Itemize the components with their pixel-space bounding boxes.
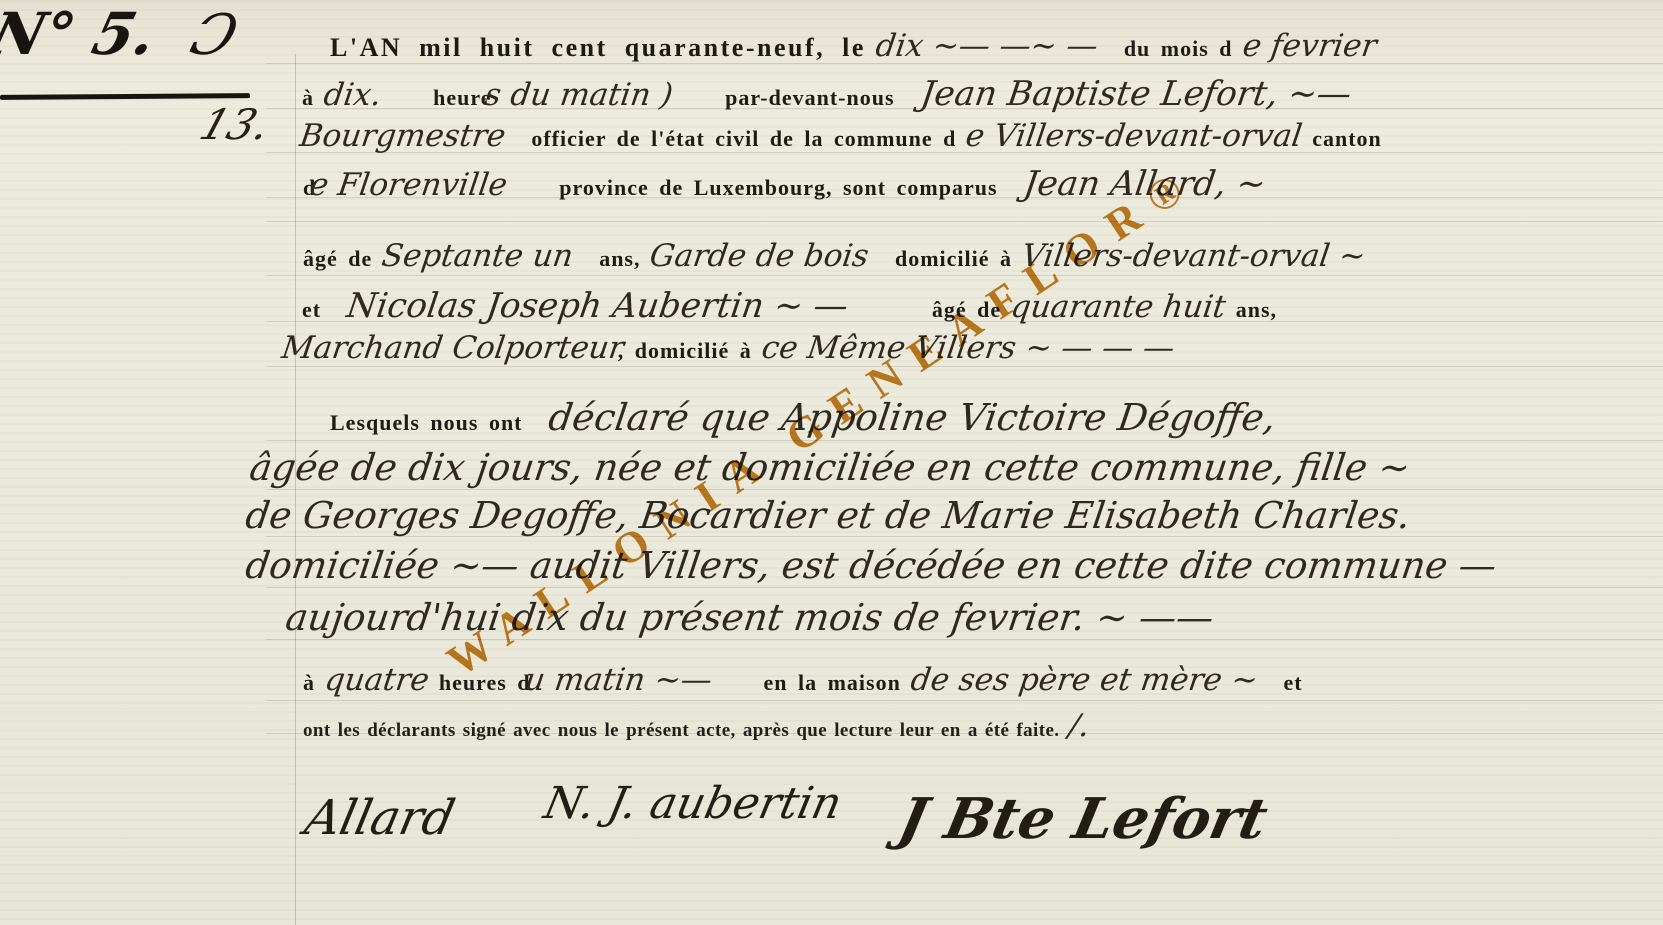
printed-text: du mois d xyxy=(1124,36,1233,62)
handwritten-officiant-title: Bourgmestre xyxy=(297,118,507,154)
signature-aubertin: N. J. aubertin xyxy=(540,778,847,829)
handwritten-age: Septante un xyxy=(380,238,576,274)
margin-separator-line xyxy=(0,93,250,100)
printed-text: par-devant-nous xyxy=(725,85,894,111)
handwritten-time-of-day: s du matin ) xyxy=(483,77,676,113)
printed-text: et xyxy=(1284,670,1303,696)
signature-lefort: J Bte Lefort xyxy=(893,786,1273,852)
handwritten-declarant2-name: Nicolas Joseph Aubertin ~ — xyxy=(344,286,850,326)
printed-text: canton xyxy=(1312,126,1382,152)
ruled-line xyxy=(266,587,1663,588)
line-death-place: domiciliée ~— audit Villers, est décédée… xyxy=(246,544,1496,587)
margin-annotation: 13. xyxy=(194,100,277,149)
handwritten-commune: e Villers-devant-orval xyxy=(964,118,1305,154)
ruled-line xyxy=(266,700,1663,701)
line-deceased-age: âgée de dix jours, née et domiciliée en … xyxy=(250,446,1410,489)
printed-text: officier de l'état civil de la commune d xyxy=(531,126,956,152)
line-closing-formula: ont les déclarants signé avec nous le pr… xyxy=(303,708,1090,744)
handwritten-hour: dix. xyxy=(321,77,383,113)
handwritten-deceased-name: déclaré que Appoline Victoire Dégoffe, xyxy=(545,396,1278,439)
handwritten-day: dix xyxy=(873,28,925,64)
printed-text: Lesquels nous ont xyxy=(330,410,523,436)
handwritten-occupation: Marchand Colporteur xyxy=(279,330,626,366)
signature-allard: Allard xyxy=(300,790,460,846)
handwritten-canton: e Florenville xyxy=(308,167,510,203)
printed-text: à xyxy=(303,670,315,696)
ruled-line xyxy=(266,221,1663,222)
handwritten-house: de ses père et mère ~ xyxy=(908,662,1260,698)
handwritten-month: e fevrier xyxy=(1240,28,1378,64)
handwritten-hour: quatre xyxy=(322,662,431,698)
line-hour-officiant: à dix. heure s du matin ) par-devant-nou… xyxy=(302,74,1351,114)
handwritten-mark: /. xyxy=(1067,708,1092,744)
act-number: N° 5. xyxy=(0,0,163,68)
ruled-line xyxy=(266,489,1663,490)
printed-text: , domicilié à xyxy=(618,338,752,364)
act-number-flourish: Ɔ xyxy=(183,3,244,68)
line-death-date: aujourd'hui dix du présent mois de fevri… xyxy=(286,596,1213,639)
handwritten-time-of-day: u matin ~— xyxy=(522,662,714,698)
handwritten-officiant-name: Jean Baptiste Lefort, ~— xyxy=(918,74,1354,114)
ruled-line xyxy=(266,275,1663,276)
handwritten-text: aujourd'hui dix du présent mois de fevri… xyxy=(283,596,1216,639)
act-number-block: N° 5. Ɔ xyxy=(0,0,236,68)
ruled-line xyxy=(266,366,1663,367)
printed-text: L'AN mil huit cent quarante-neuf, le xyxy=(330,33,866,63)
handwritten-flourish: ~— —~ — xyxy=(931,28,1101,64)
handwritten-text: âgée de dix jours, née et domiciliée en … xyxy=(247,446,1413,489)
printed-text: domicilié à xyxy=(895,246,1012,272)
printed-text: ans, xyxy=(1236,297,1277,323)
line-declarant1-details: âgé de Septante un ans, Garde de bois do… xyxy=(303,238,1365,274)
line-parents: de Georges Degoffe, Bocardier et de Mari… xyxy=(246,494,1410,537)
handwritten-text: de Georges Degoffe, Bocardier et de Mari… xyxy=(243,494,1413,537)
death-record-document: N° 5. Ɔ 13. L'AN mil huit cent quarante-… xyxy=(0,0,1663,925)
printed-text: province de Luxembourg, sont comparus xyxy=(559,175,997,201)
printed-text: ans, xyxy=(599,246,640,272)
line-year-date: L'AN mil huit cent quarante-neuf, le dix… xyxy=(330,28,1376,64)
line-declarant2: et Nicolas Joseph Aubertin ~ — âgé de qu… xyxy=(302,286,1277,326)
printed-text: âgé de xyxy=(303,246,372,272)
handwritten-occupation: Garde de bois xyxy=(648,238,872,274)
printed-text: ont les déclarants signé avec nous le pr… xyxy=(303,720,1059,742)
handwritten-text: domiciliée ~— audit Villers, est décédée… xyxy=(243,544,1499,587)
line-declarant2-details: Marchand Colporteur , domicilié à ce Mêm… xyxy=(282,330,1174,366)
printed-text: en la maison xyxy=(763,670,900,696)
ruled-line xyxy=(266,440,1663,441)
printed-text: à xyxy=(302,85,314,111)
line-title-commune: Bourgmestre officier de l'état civil de … xyxy=(300,118,1382,154)
printed-text: et xyxy=(302,297,321,323)
